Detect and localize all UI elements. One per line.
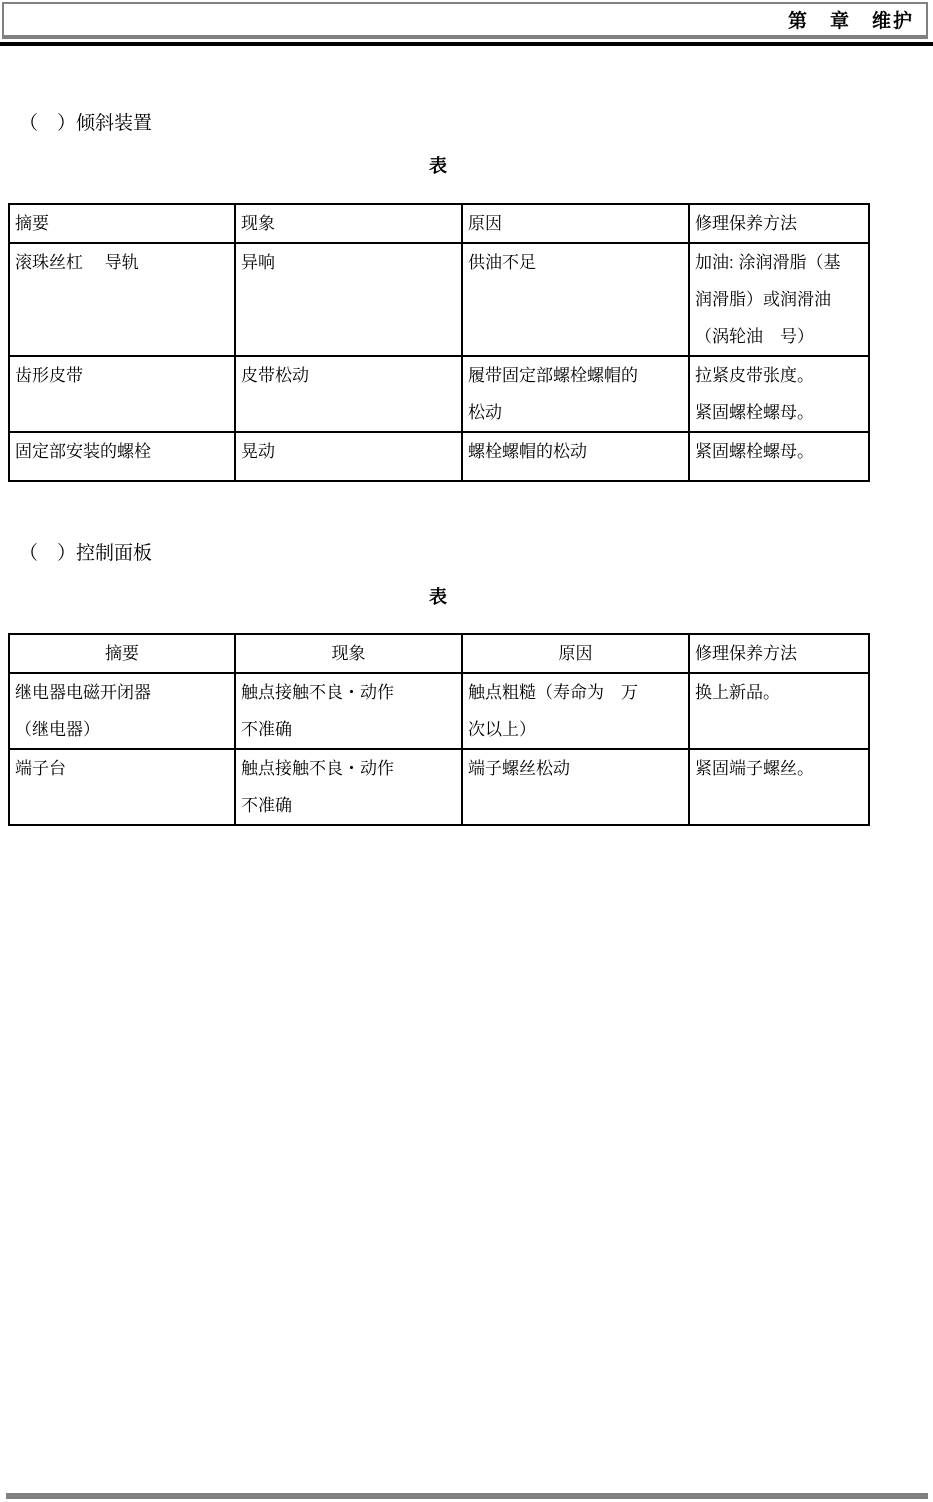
table-cell: 晃动 [235,432,462,481]
header-divider [0,42,933,46]
chapter-header: 第 章 维护 [2,2,928,39]
table-row: 继电器电磁开闭器 （继电器） 触点接触不良・动作 不准确 触点粗糙（寿命为 万 … [9,673,869,749]
table-cell: 触点粗糙（寿命为 万 次以上） [462,673,689,749]
table-cell: 端子台 [9,749,235,825]
section-title-control-panel: （ ）控制面板 [19,538,152,565]
table-cell: 皮带松动 [235,356,462,432]
tilting-device-table: 摘要 现象 原因 修理保养方法 滚珠丝杠 导轨 异响 供油不足 加油: 涂润滑脂… [8,203,870,482]
table-label-1: 表 [8,152,868,178]
table-cell: 继电器电磁开闭器 （继电器） [9,673,235,749]
section-title-tilting-device: （ ）倾斜装置 [19,108,152,135]
document-page: 第 章 维护 （ ）倾斜装置 表 摘要 现象 原因 修理保养方法 滚珠丝杠 导轨… [0,0,933,1502]
table-cell: 换上新品。 [689,673,869,749]
column-header-summary: 摘要 [9,634,235,673]
table-cell: 固定部安装的螺栓 [9,432,235,481]
table-row: 齿形皮带 皮带松动 履带固定部螺栓螺帽的 松动 拉紧皮带张度。 紧固螺栓螺母。 [9,356,869,432]
chapter-title: 第 章 维护 [788,6,914,33]
footer-bar [6,1493,928,1499]
column-header-repair-method: 修理保养方法 [689,204,869,243]
table-row: 固定部安装的螺栓 晃动 螺栓螺帽的松动 紧固螺栓螺母。 [9,432,869,481]
table-row: 端子台 触点接触不良・动作 不准确 端子螺丝松动 紧固端子螺丝。 [9,749,869,825]
table-cell: 触点接触不良・动作 不准确 [235,673,462,749]
column-header-phenomenon: 现象 [235,204,462,243]
column-header-repair-method: 修理保养方法 [689,634,869,673]
column-header-cause: 原因 [462,204,689,243]
table-cell: 紧固螺栓螺母。 [689,432,869,481]
table-cell: 拉紧皮带张度。 紧固螺栓螺母。 [689,356,869,432]
table-cell: 加油: 涂润滑脂（基 润滑脂）或润滑油 （涡轮油 号） [689,243,869,356]
table-label-2: 表 [8,583,868,609]
column-header-phenomenon: 现象 [235,634,462,673]
table-header-row: 摘要 现象 原因 修理保养方法 [9,204,869,243]
table-cell: 螺栓螺帽的松动 [462,432,689,481]
column-header-cause: 原因 [462,634,689,673]
table-row: 滚珠丝杠 导轨 异响 供油不足 加油: 涂润滑脂（基 润滑脂）或润滑油 （涡轮油… [9,243,869,356]
control-panel-table: 摘要 现象 原因 修理保养方法 继电器电磁开闭器 （继电器） 触点接触不良・动作… [8,633,870,826]
table-header-row: 摘要 现象 原因 修理保养方法 [9,634,869,673]
table-cell: 异响 [235,243,462,356]
table-cell: 端子螺丝松动 [462,749,689,825]
column-header-summary: 摘要 [9,204,235,243]
table-cell: 供油不足 [462,243,689,356]
table-cell: 滚珠丝杠 导轨 [9,243,235,356]
table-cell: 齿形皮带 [9,356,235,432]
table-cell: 履带固定部螺栓螺帽的 松动 [462,356,689,432]
table-cell: 紧固端子螺丝。 [689,749,869,825]
table-cell: 触点接触不良・动作 不准确 [235,749,462,825]
